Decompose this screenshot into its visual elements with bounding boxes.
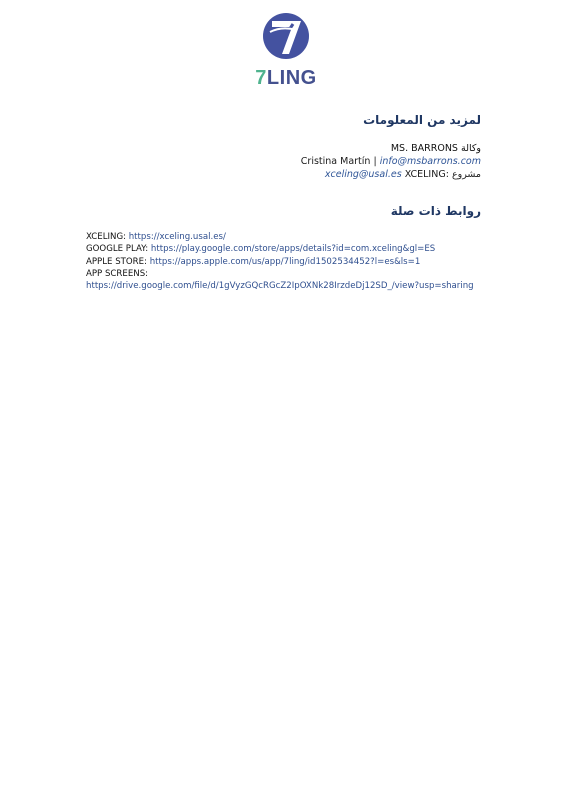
link-label: XCELING: bbox=[86, 232, 126, 242]
project-name: XCELING: bbox=[405, 169, 449, 180]
link-row-app-screens: APP SCREENS: https://drive.google.com/fi… bbox=[86, 268, 506, 293]
related-links-list: XCELING: https://xceling.usal.es/ GOOGLE… bbox=[86, 231, 506, 292]
link-row-google-play: GOOGLE PLAY: https://play.google.com/sto… bbox=[86, 243, 506, 255]
xceling-link[interactable]: https://xceling.usal.es/ bbox=[129, 232, 226, 242]
separator: | bbox=[373, 156, 376, 167]
apple-store-link[interactable]: https://apps.apple.com/us/app/7ling/id15… bbox=[150, 257, 421, 267]
person-line: Cristina Martín | info@msbarrons.com bbox=[181, 155, 481, 168]
agency-label: وكالة bbox=[461, 143, 481, 154]
more-info-heading: لمزيد من المعلومات bbox=[181, 112, 481, 128]
link-label: APP SCREENS: bbox=[86, 268, 506, 280]
logo: 7LING bbox=[236, 12, 336, 94]
logo-text: 7LING bbox=[236, 66, 336, 90]
contact-section: لمزيد من المعلومات MS. BARRONS وكالة Cri… bbox=[181, 112, 481, 181]
google-play-link[interactable]: https://play.google.com/store/apps/detai… bbox=[151, 244, 435, 254]
seven-in-circle-icon bbox=[262, 12, 310, 60]
project-email-link[interactable]: xceling@usal.es bbox=[325, 169, 402, 180]
link-row-apple-store: APPLE STORE: https://apps.apple.com/us/a… bbox=[86, 256, 506, 268]
link-label: GOOGLE PLAY: bbox=[86, 244, 148, 254]
link-row-xceling: XCELING: https://xceling.usal.es/ bbox=[86, 231, 506, 243]
link-label: APPLE STORE: bbox=[86, 257, 147, 267]
project-line: xceling@usal.es XCELING: مشروع bbox=[181, 168, 481, 181]
project-label: مشروع bbox=[452, 169, 481, 180]
person-name: Cristina Martín bbox=[301, 156, 371, 167]
person-email-link[interactable]: info@msbarrons.com bbox=[380, 156, 481, 167]
agency-name: MS. BARRONS bbox=[391, 143, 458, 154]
related-links-heading: روابط ذات صلة bbox=[391, 203, 481, 219]
app-screens-link[interactable]: https://drive.google.com/file/d/1gVyzGQc… bbox=[86, 280, 506, 292]
agency-line: MS. BARRONS وكالة bbox=[181, 142, 481, 155]
